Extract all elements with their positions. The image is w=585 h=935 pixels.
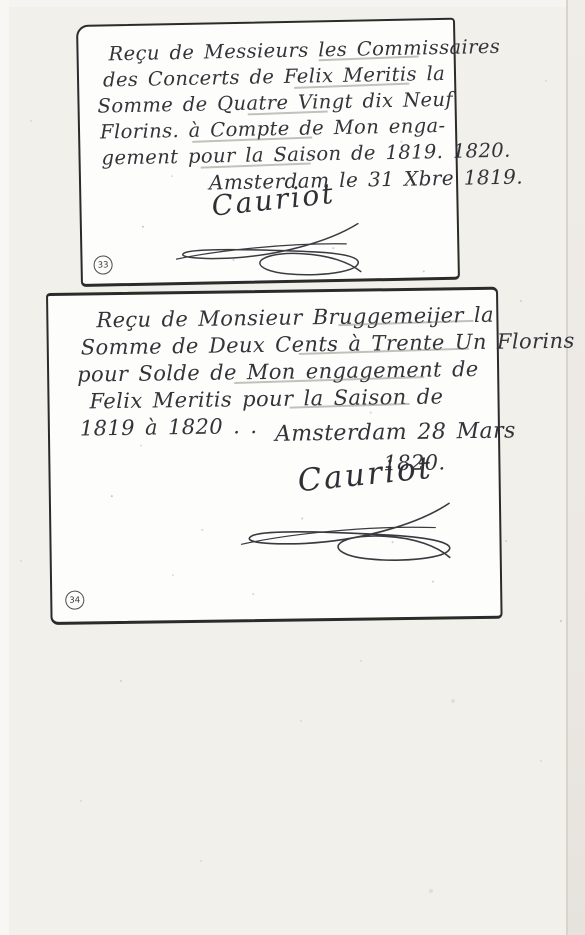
scan-top-edge — [0, 0, 585, 7]
signature-name: Cauriot — [210, 177, 337, 223]
scan-left-edge — [0, 0, 9, 935]
receipt-33-signature-block: Cauriot — [169, 181, 381, 285]
signature-flourish-icon — [168, 219, 369, 281]
catalog-number: 34 — [69, 595, 80, 605]
receipt-slip-34: Reçu de Monsieur Bruggemeijer la Somme d… — [46, 287, 503, 625]
catalog-number-badge-33: 33 — [93, 255, 112, 274]
scanned-archive-page: Reçu de Messieurs les Commissaires des C… — [0, 0, 585, 935]
receipt-34-line-4: Felix Meritis pour la Saison de — [89, 383, 483, 415]
receipt-34-place-date-line-1: Amsterdam 28 Mars — [275, 418, 516, 446]
scan-noise-speckles — [0, 0, 2, 2]
receipt-slip-33: Reçu de Messieurs les Commissaires des C… — [76, 18, 460, 287]
signature-flourish-icon — [235, 499, 462, 566]
signature-name: Cauriot — [296, 450, 434, 500]
catalog-number-badge-34: 34 — [65, 590, 84, 609]
catalog-number: 33 — [98, 260, 109, 270]
page-right-margin — [568, 0, 585, 935]
receipt-34-signature-block: Cauriot — [242, 455, 473, 563]
